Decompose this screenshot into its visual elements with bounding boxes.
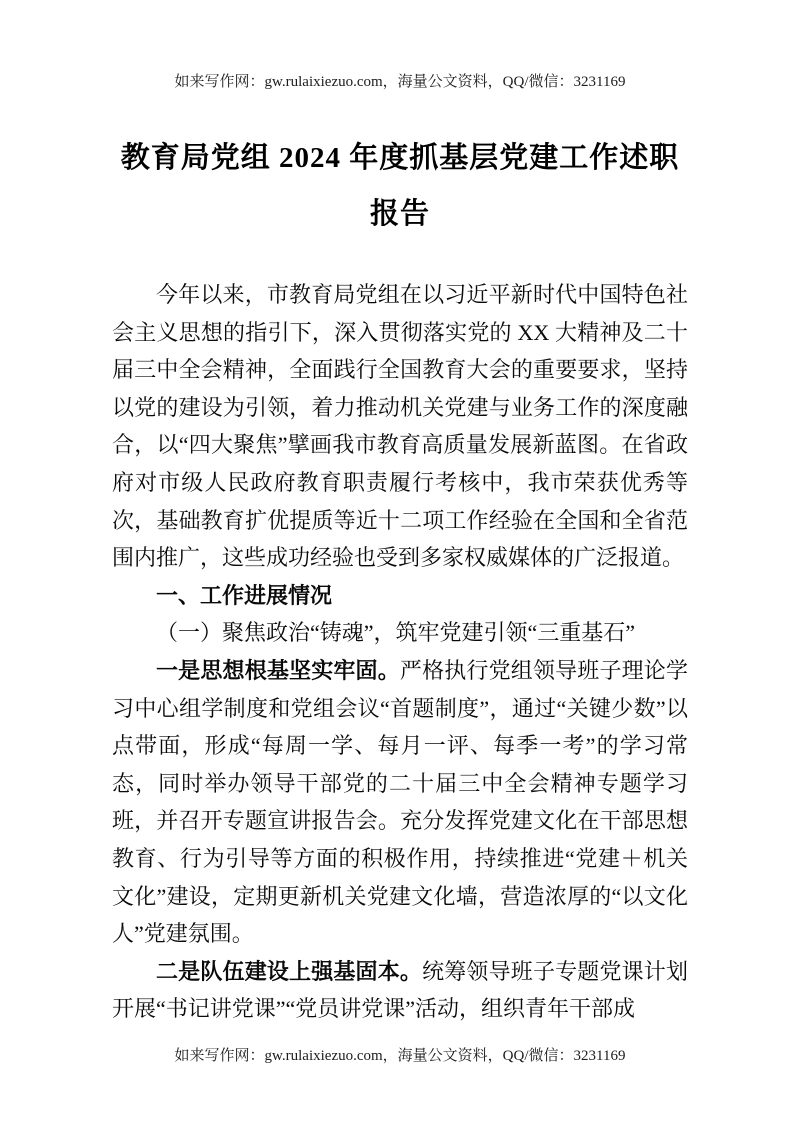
header-watermark: 如来写作网：gw.rulaixiezuo.com，海量公文资料，QQ/微信：32… xyxy=(0,70,800,91)
paragraph-point-2: 二是队伍建设上强基固本。统筹领导班子专题党课计划开展“书记讲党课”“党员讲党课”… xyxy=(112,953,688,1028)
paragraph-point-1: 一是思想根基坚实牢固。严格执行党组领导班子理论学习中心组学制度和党组会议“首题制… xyxy=(112,652,688,953)
title-line-2: 报告 xyxy=(60,186,740,242)
intro-paragraph: 今年以来，市教育局党组在以习近平新时代中国特色社会主义思想的指引下，深入贯彻落实… xyxy=(112,276,688,577)
document-title: 教育局党组 2024 年度抓基层党建工作述职 报告 xyxy=(60,130,740,242)
point-2-lead: 二是队伍建设上强基固本。 xyxy=(156,959,422,984)
footer-watermark: 如来写作网：gw.rulaixiezuo.com，海量公文资料，QQ/微信：32… xyxy=(0,1044,800,1065)
document-body: 今年以来，市教育局党组在以习近平新时代中国特色社会主义思想的指引下，深入贯彻落实… xyxy=(112,276,688,1028)
document-page: 如来写作网：gw.rulaixiezuo.com，海量公文资料，QQ/微信：32… xyxy=(0,0,800,1131)
point-1-lead: 一是思想根基坚实牢固。 xyxy=(156,658,400,683)
point-1-body: 严格执行党组领导班子理论学习中心组学制度和党组会议“首题制度”，通过“关键少数”… xyxy=(112,658,688,946)
title-line-1: 教育局党组 2024 年度抓基层党建工作述职 xyxy=(60,130,740,186)
section-1-heading: 一、工作进展情况 xyxy=(112,577,688,615)
subsection-1-heading: （一）聚焦政治“铸魂”，筑牢党建引领“三重基石” xyxy=(112,614,688,652)
